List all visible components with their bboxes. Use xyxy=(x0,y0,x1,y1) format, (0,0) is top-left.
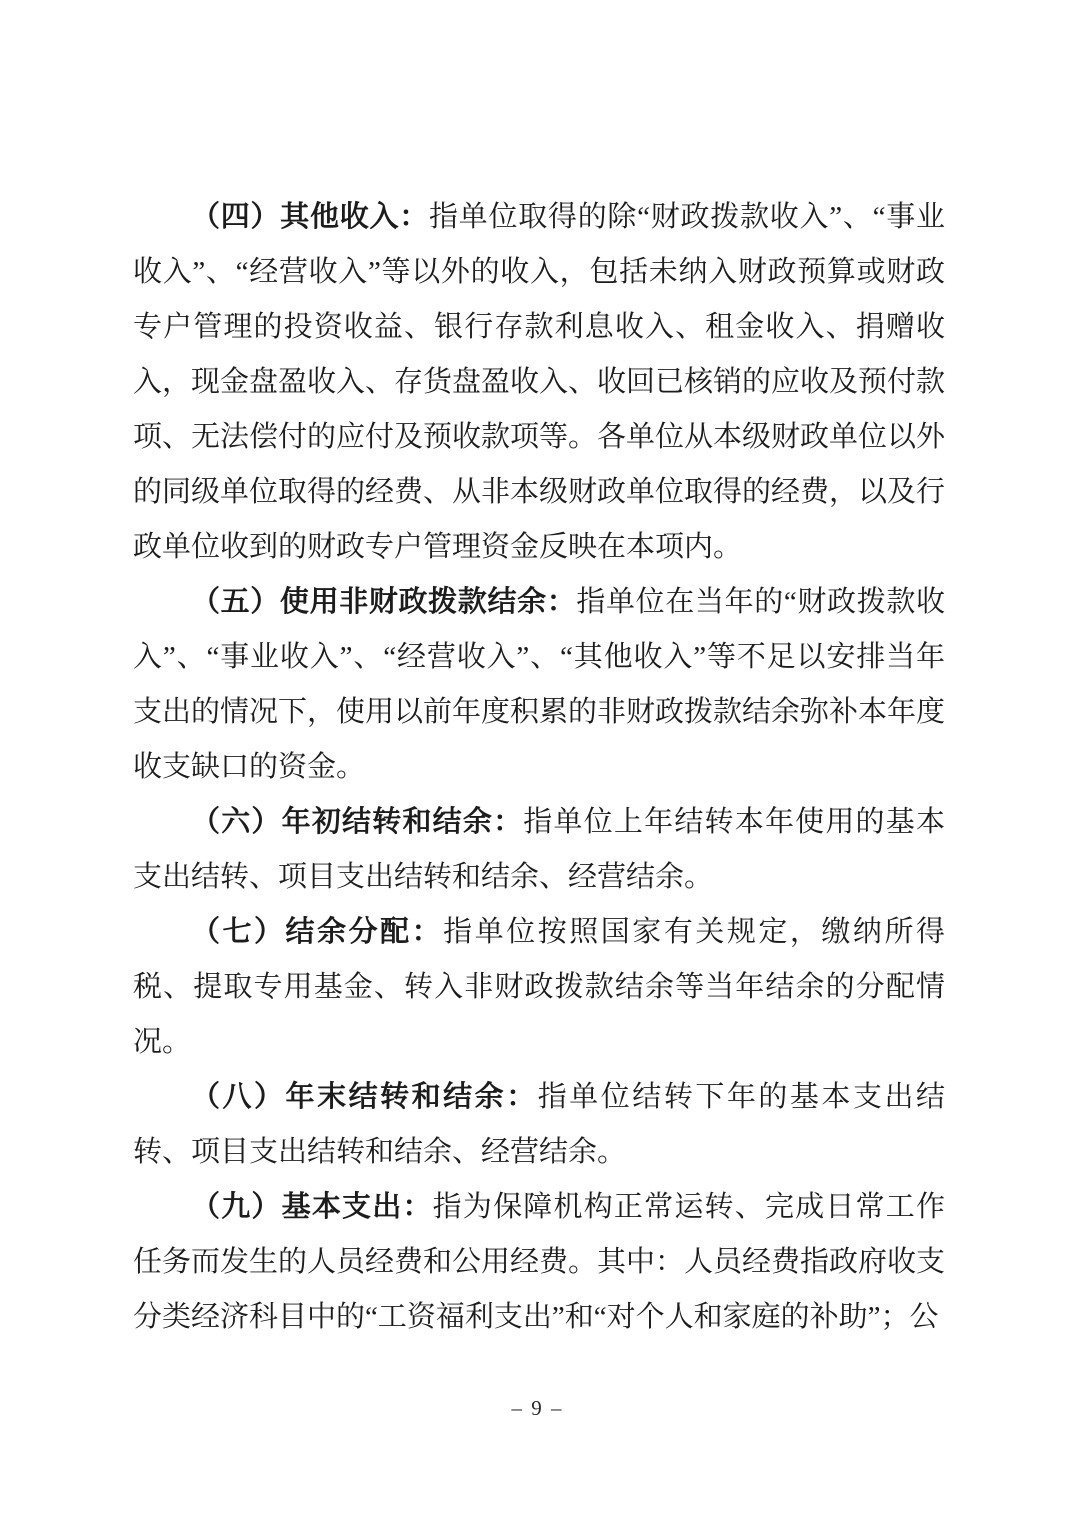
paragraph-6-heading: （六）年初结转和结余： xyxy=(191,806,523,838)
paragraph-6-year-begin-carryover: （六）年初结转和结余：指单位上年结转本年使用的基本支出结转、项目支出结转和结余、… xyxy=(133,795,945,905)
paragraph-9-basic-expenditure: （九）基本支出：指为保障机构正常运转、完成日常工作任务而发生的人员经费和公用经费… xyxy=(133,1180,945,1345)
document-body: （四）其他收入：指单位取得的除“财政拨款收入”、“事业收入”、“经营收入”等以外… xyxy=(133,190,945,1345)
paragraph-4-heading: （四）其他收入： xyxy=(191,201,429,233)
paragraph-8-year-end-carryover: （八）年末结转和结余：指单位结转下年的基本支出结转、项目支出结转和结余、经营结余… xyxy=(133,1070,945,1180)
paragraph-8-heading: （八）年末结转和结余： xyxy=(191,1081,538,1113)
paragraph-9-heading: （九）基本支出： xyxy=(191,1191,433,1223)
paragraph-5-heading: （五）使用非财政拨款结余： xyxy=(191,586,576,618)
paragraph-7-balance-distribution: （七）结余分配：指单位按照国家有关规定，缴纳所得税、提取专用基金、转入非财政拨款… xyxy=(133,905,945,1070)
document-page: （四）其他收入：指单位取得的除“财政拨款收入”、“事业收入”、“经营收入”等以外… xyxy=(0,0,1075,1520)
paragraph-4-text: 指单位取得的除“财政拨款收入”、“事业收入”、“经营收入”等以外的收入，包括未纳… xyxy=(133,201,945,563)
paragraph-4-other-income: （四）其他收入：指单位取得的除“财政拨款收入”、“事业收入”、“经营收入”等以外… xyxy=(133,190,945,575)
paragraph-5-non-fiscal-balance: （五）使用非财政拨款结余：指单位在当年的“财政拨款收入”、“事业收入”、“经营收… xyxy=(133,575,945,795)
paragraph-7-heading: （七）结余分配： xyxy=(191,916,443,948)
page-number: – 9 – xyxy=(0,1396,1075,1421)
